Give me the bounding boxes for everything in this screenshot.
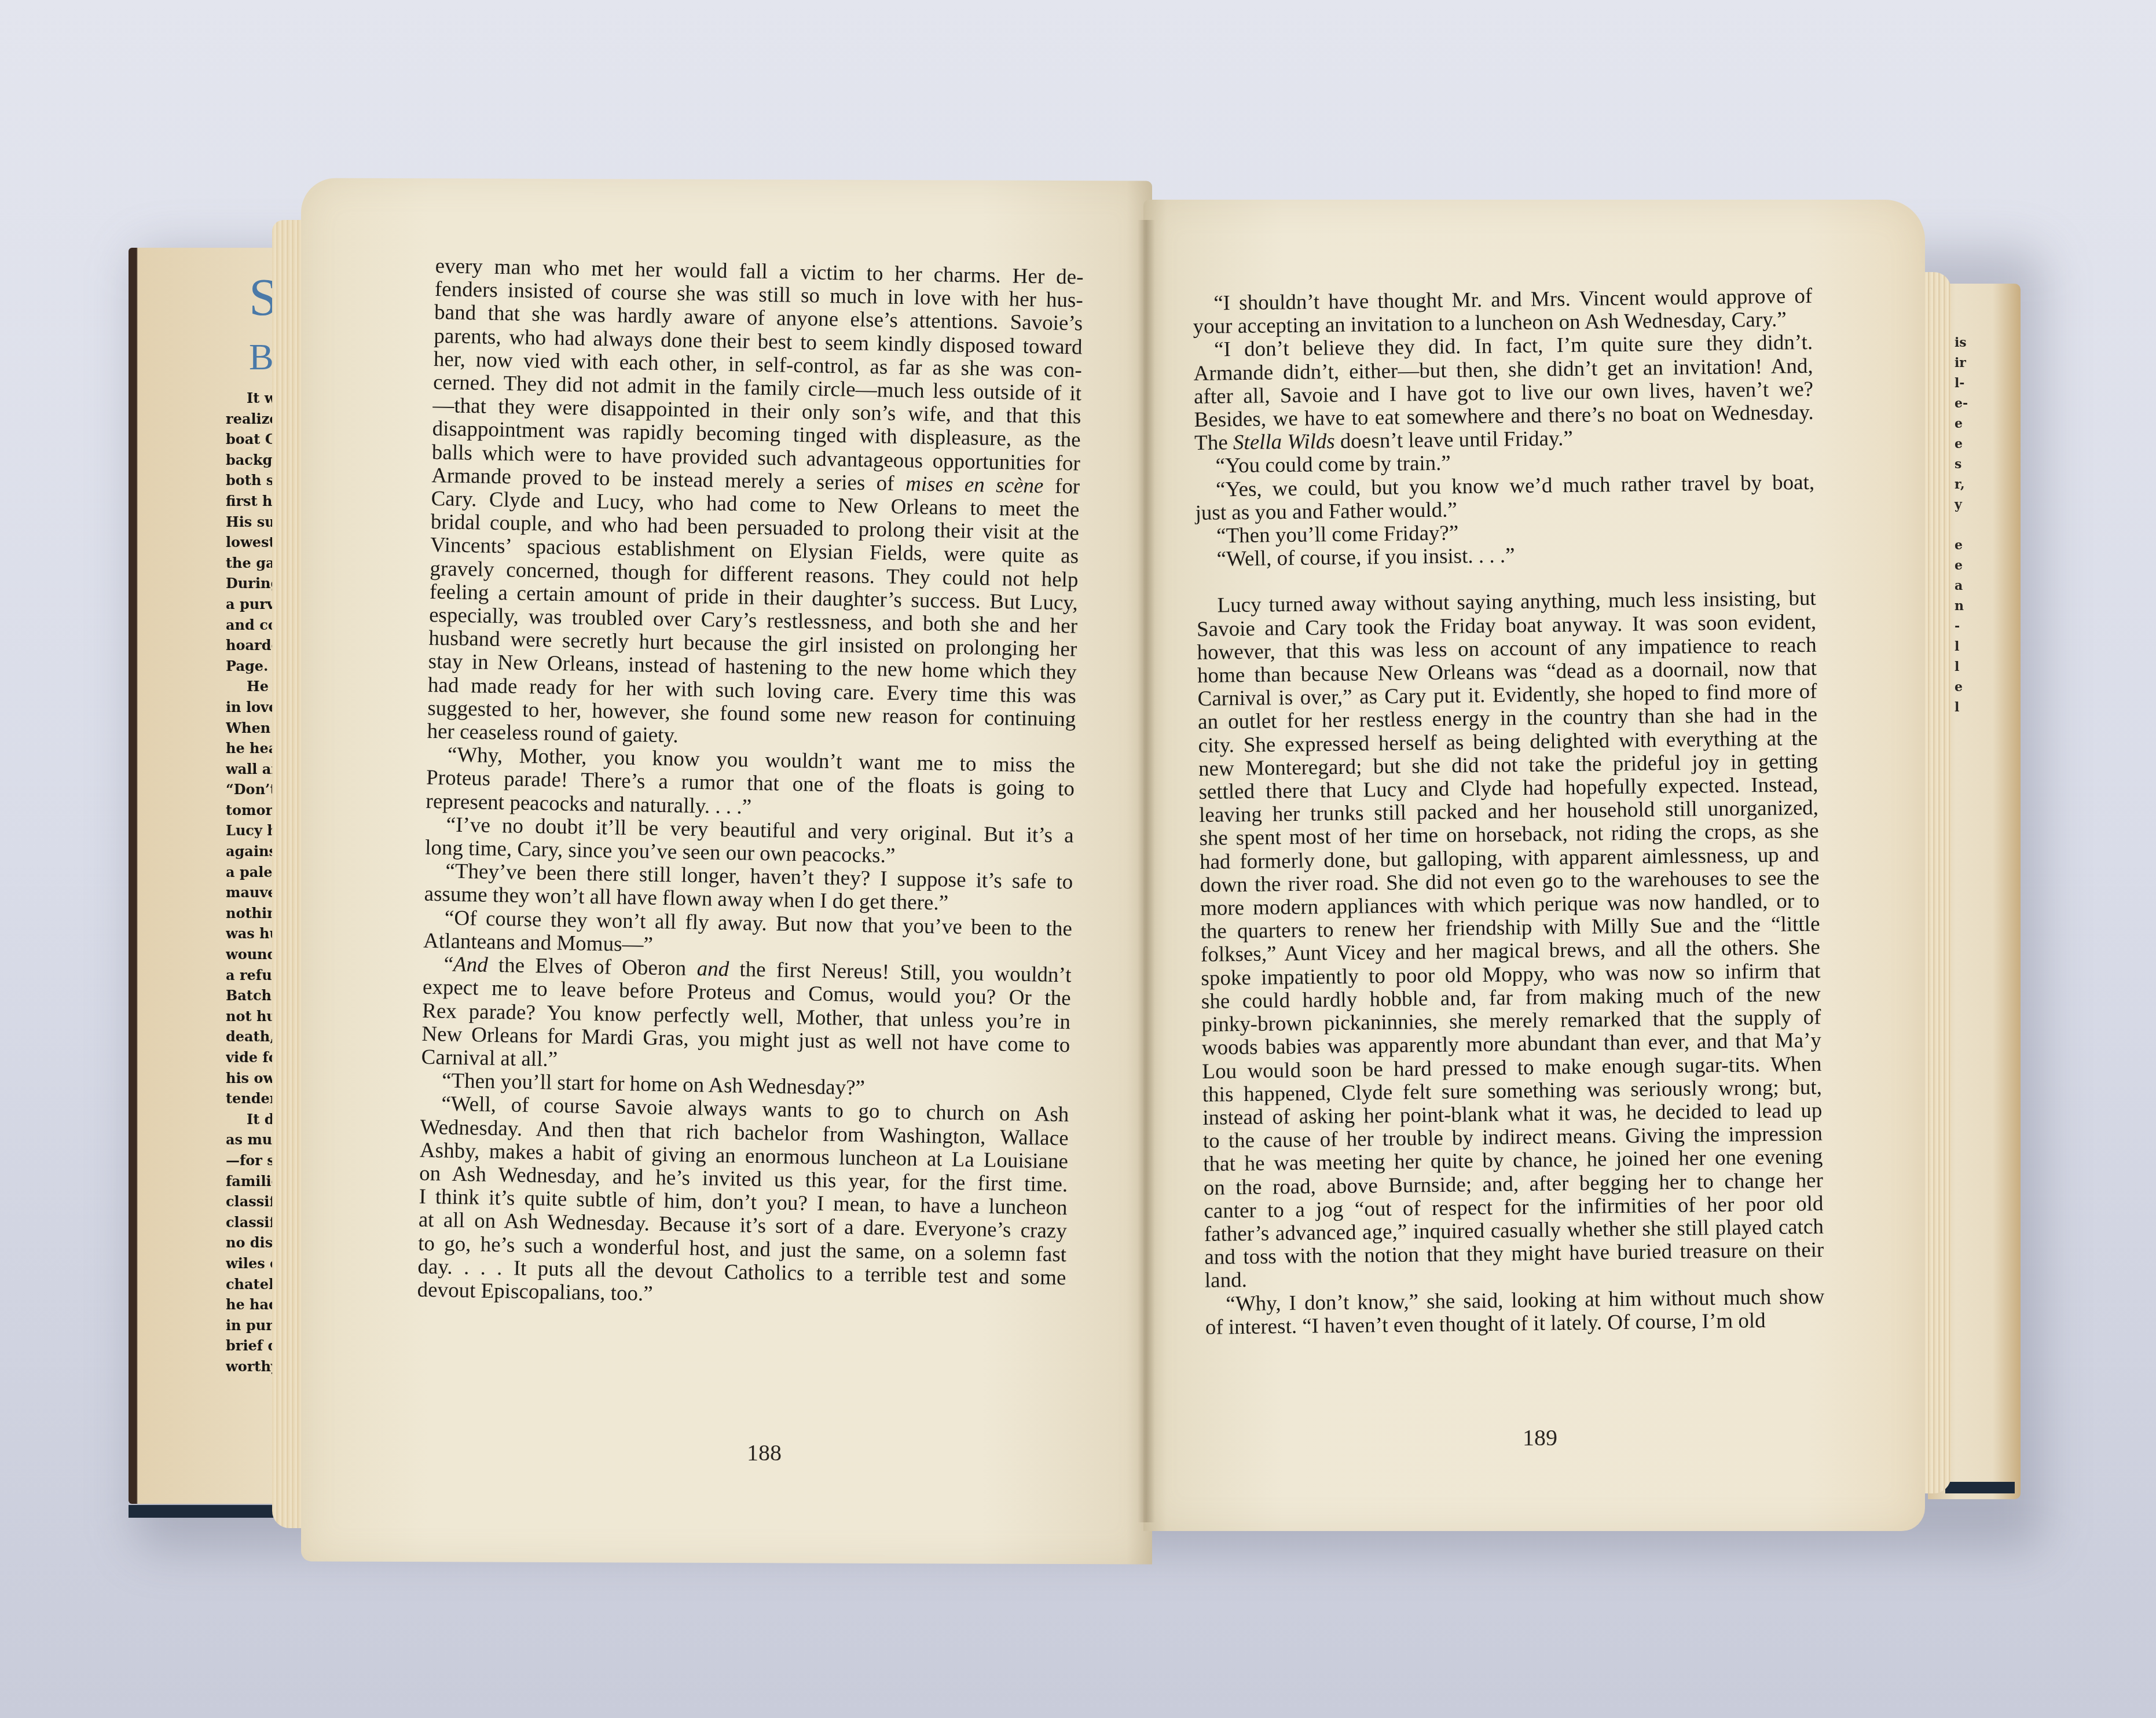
jacket-back-flap-fragment: r, [1955,475,1978,495]
jacket-back-flap-fragment: l [1955,637,1978,657]
jacket-back-flap-fragment: e- [1955,394,1978,414]
jacket-back-flap-fragment: e [1955,556,1978,576]
jacket-back-flap-fragment: e [1955,677,1978,698]
page-number-left: 188 [747,1439,782,1466]
jacket-back-flap-fragment: e [1955,434,1978,454]
left-page-text: every man who met her would fall a victi… [417,255,1083,1313]
jacket-back-flap-fragment: l- [1955,373,1978,394]
jacket-back-flap-fragment: n [1955,596,1978,616]
jacket-back-flap-fragment: - [1955,616,1978,637]
jacket-back-flap-fragment: s [1955,454,1978,475]
jacket-back-flap-fragment: e [1955,535,1978,556]
jacket-back-flap-fragment: y [1955,495,1978,515]
jacket-back-flap-fragment [1955,515,1978,535]
cover-binding-strip-right [1945,1482,2015,1493]
page-number-right: 189 [1523,1424,1557,1451]
jacket-back-flap-text: isirl-e-eesr,y eean-llel [1955,333,1978,718]
right-page-text: “I shouldn’t have thought Mr. and Mrs. V… [1193,285,1825,1339]
jacket-back-flap-fragment: l [1955,657,1978,677]
jacket-back-flap-fragment: a [1955,576,1978,596]
jacket-back-flap-fragment: ir [1955,353,1978,373]
book-gutter [1138,220,1155,1522]
jacket-back-flap-fragment: l [1955,698,1978,718]
jacket-back-flap-fragment: e [1955,414,1978,434]
jacket-back-flap-fragment: is [1955,333,1978,353]
cover-binding-strip-left [129,1505,285,1518]
